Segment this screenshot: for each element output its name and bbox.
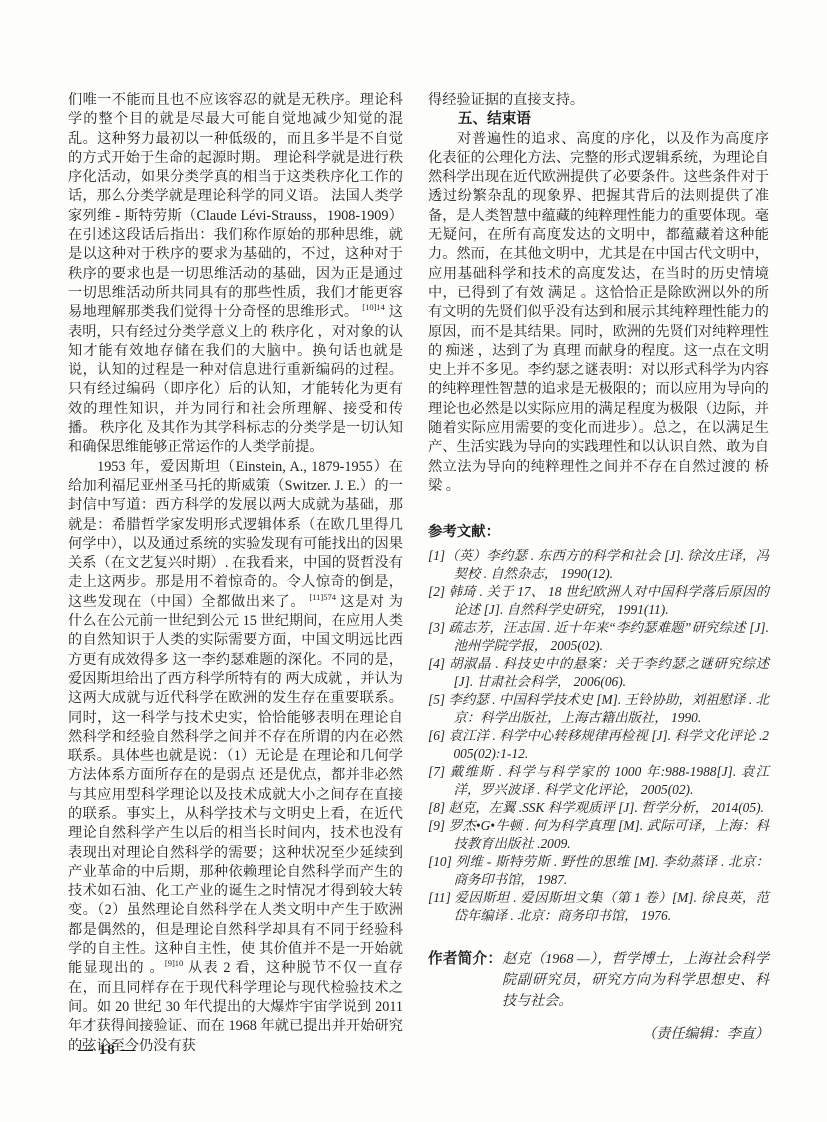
editor-note: （责任编辑：李直）	[428, 1024, 769, 1044]
paragraph-continued-from-previous-page: 们唯一不能而且也不应该容忍的就是无秩序。理论科学的整个目的就是尽最大可能自觉地减…	[68, 91, 403, 458]
left-column: 们唯一不能而且也不应该容忍的就是无秩序。理论科学的整个目的就是尽最大可能自觉地减…	[68, 91, 403, 1056]
author-bio-text: 赵克（1968 —），哲学博士，上海社会科学院副研究员，研究方向为科学思想史、科…	[502, 951, 769, 1009]
citation-superscript: [11]574	[309, 592, 336, 602]
journal-page: 们唯一不能而且也不应该容忍的就是无秩序。理论科学的整个目的就是尽最大可能自觉地减…	[0, 0, 827, 1122]
author-bio: 作者简介：赵克（1968 —），哲学博士，上海社会科学院副研究员，研究方向为科学…	[428, 949, 769, 1012]
reference-item: [5] 李约瑟 . 中国科学技术史 [M]. 王铃协助，刘祖慰译 . 北京：科学…	[428, 691, 769, 727]
section-heading-conclusion: 五、结束语	[428, 110, 769, 129]
reference-item: [4] 胡淑晶 . 科技史中的悬案：关于李约瑟之谜研究综述 [J]. 甘肃社会科…	[428, 655, 769, 691]
text-segment: 1953 年，爱因斯坦（Einstein, A., 1879-1955）在给加利…	[68, 459, 403, 610]
reference-item: [1]（英）李约瑟 . 东西方的科学和社会 [J]. 徐汝庄译，冯契校 . 自然…	[428, 547, 769, 583]
citation-superscript: [10]14	[362, 302, 385, 312]
reference-item: [2] 韩琦 . 关于 17、 18 世纪欧洲人对中国科学落后原因的论述 [J]…	[428, 583, 769, 619]
reference-item: [6] 袁江洋 . 科学中心转移规律再检视 [J]. 科学文化评论 .2005(…	[428, 727, 769, 763]
reference-item: [11] 爱因斯坦 . 爱因斯坦文集（第 1 卷）[M]. 徐良英，范岱年编译 …	[428, 889, 769, 925]
reference-item: [3] 疏志芳，汪志国 . 近十年来“李约瑟难题”研究综述 [J]. 池州学院学…	[428, 619, 769, 655]
reference-item: [8] 赵克，左翼 .SSK 科学观质评 [J]. 哲学分析， 2014(05)…	[428, 799, 769, 817]
text-segment: 这是对 为什么在公元前一世纪到公元 15 世纪期间，在应用人类的自然知识于人类的…	[68, 594, 403, 977]
citation-superscript: [9]10	[165, 958, 183, 968]
right-column: 得经验证据的直接支持。 五、结束语 对普遍性的追求、高度的序化，以及作为高度序化…	[428, 91, 769, 1044]
author-bio-label: 作者简介：	[428, 951, 502, 967]
page-number: — 18 —	[78, 1042, 137, 1059]
reference-item: [9] 罗杰•G•牛顿 . 何为科学真理 [M]. 武际可译，上海：科技教育出版…	[428, 817, 769, 853]
reference-item: [7] 戴维斯 . 科学与科学家的 1000 年:988-1988[J]. 袁江…	[428, 763, 769, 799]
text-segment: 这表明，只有经过分类学意义上的 秩序化 ，对对象的认知才能有效地存储在我们的大脑…	[68, 304, 403, 455]
reference-item: [10] 列维 - 斯特劳斯 . 野性的思维 [M]. 李幼蒸译 . 北京：商务…	[428, 853, 769, 889]
text-segment: 们唯一不能而且也不应该容忍的就是无秩序。理论科学的整个目的就是尽最大可能自觉地减…	[68, 92, 403, 320]
references-list: [1]（英）李约瑟 . 东西方的科学和社会 [J]. 徐汝庄译，冯契校 . 自然…	[428, 547, 769, 925]
paragraph-continued: 得经验证据的直接支持。	[428, 91, 769, 110]
references-heading: 参考文献：	[428, 523, 769, 542]
paragraph-einstein-letter: 1953 年，爱因斯坦（Einstein, A., 1879-1955）在给加利…	[68, 458, 403, 1056]
paragraph-conclusion: 对普遍性的追求、高度的序化，以及作为高度序化表征的公理化方法、完整的形式逻辑系统…	[428, 130, 769, 497]
